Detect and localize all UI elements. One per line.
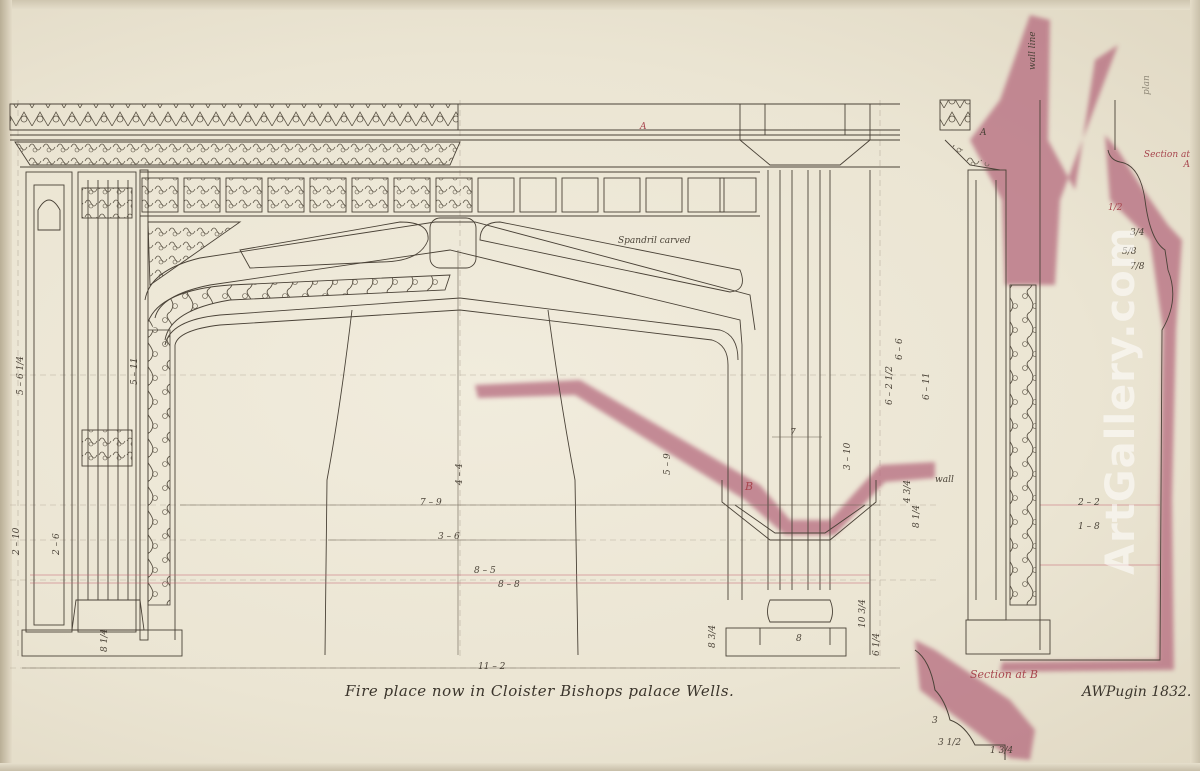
dim-width-c: 8 – 5 [474,566,496,576]
dim-moulding-a: 3 [932,716,938,726]
dim-overall-width: 11 – 2 [478,662,505,672]
dim-height-left-d: 2 – 6 [52,533,62,555]
dim-opening-height: 4 – 4 [455,463,465,485]
dim-height-left-a: 5 – 6 1/4 [16,356,26,395]
dim-right-height-a: 6 – 2 1/2 [885,366,895,405]
dim-height-left-c: 2 – 10 [12,528,22,555]
wall-label: wall [935,475,954,485]
fireplace-elevation-drawing [0,0,1200,771]
left-jamb-carving [148,330,170,605]
spandrel-label: Spandril carved [618,236,691,246]
dim-side-a: 2 – 2 [1078,498,1100,508]
marker-b: B [745,480,753,493]
dim-right-height-c: 6 – 11 [922,373,932,400]
dim-shaft-height: 3 – 10 [843,443,853,470]
plan-label: plan [1142,75,1152,95]
dim-jamb-height: 5 – 9 [663,453,673,475]
paper-sheet: Fire place now in Cloister Bishops palac… [0,0,1200,771]
dim-shaft-width: 7 [790,428,796,438]
dim-moulding-c: 1 3/4 [990,746,1013,756]
dim-opening-width-a: 7 – 9 [420,498,442,508]
red-dimension-lines [30,505,1160,583]
dim-side-b: 1 – 8 [1078,522,1100,532]
dim-height-left-b: 5 – 11 [130,358,140,385]
dim-base-c: 6 1/4 [872,633,882,656]
dim-right-height-b: 6 – 6 [895,338,905,360]
dim-section-b-depth-a: 4 3/4 [903,480,913,503]
wall-line-label: wall line [1028,31,1038,70]
dim-base-a: 8 3/4 [708,625,718,648]
quatrefoil-frieze [140,178,760,216]
section-wash [475,15,1182,760]
dim-width-d: 8 – 8 [498,580,520,590]
section-a-label: Section at A [1140,150,1190,170]
dim-profile-d: 1/2 [1108,203,1122,213]
section-b-label: Section at B [970,668,1038,681]
drawing-caption: Fire place now in Cloister Bishops palac… [345,682,734,700]
dim-base-b: 10 3/4 [858,599,868,628]
dim-plinth-left: 8 1/4 [100,629,110,652]
marker-a-top: A [640,122,647,132]
dim-base-d: 8 [796,634,802,644]
artist-signature: AWPugin 1832. [1082,684,1191,700]
dim-moulding-b: 3 1/2 [938,738,961,748]
dim-opening-width-b: 3 – 6 [438,532,460,542]
dim-section-b-depth-b: 8 1/4 [912,505,922,528]
marker-a-side: A [980,128,987,138]
watermark: ArtGallery.com [1098,227,1144,575]
cornice [10,104,900,172]
